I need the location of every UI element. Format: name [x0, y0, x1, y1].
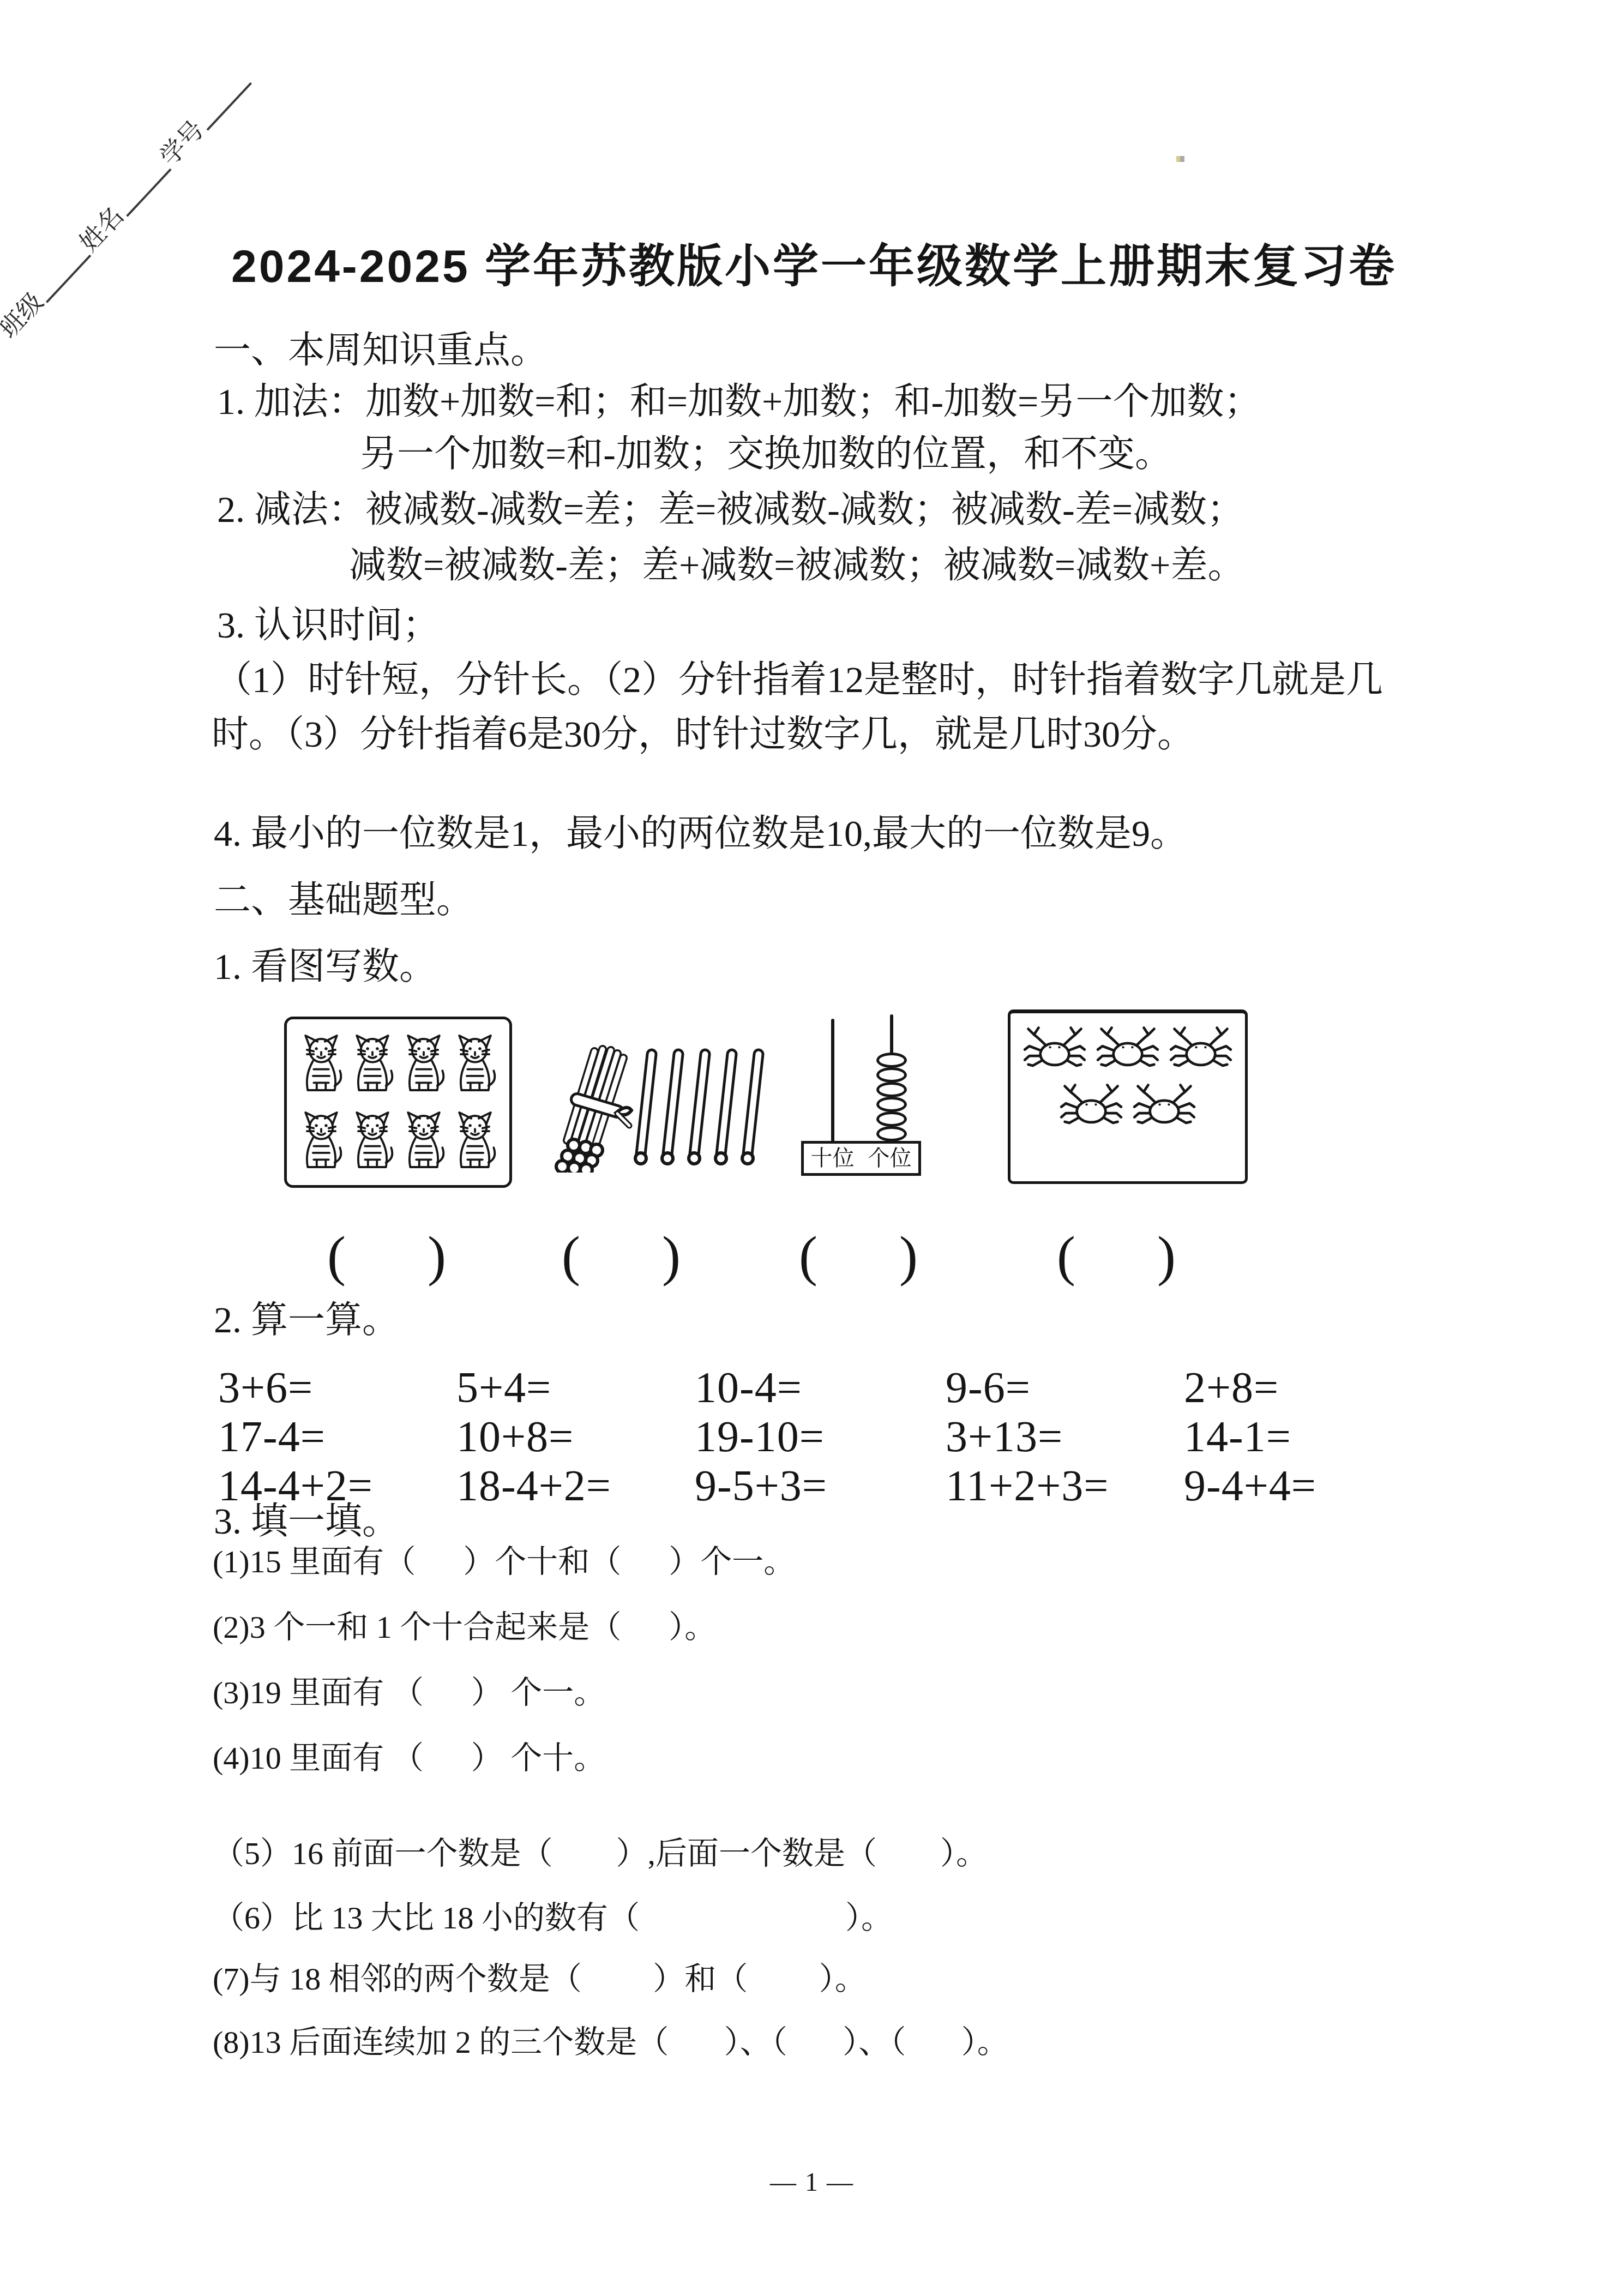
abacus-bead [876, 1126, 907, 1141]
fill-item: (7)与 18 相邻的两个数是（ ）和（ ）。 [213, 1963, 867, 1995]
knowledge-line: 3. 认识时间； [217, 606, 440, 644]
crab-icon [1022, 1023, 1087, 1076]
page-title: 2024-2025 学年苏教版小学一年级数学上册期末复习卷 [231, 243, 1397, 289]
sticks-picture [551, 1035, 763, 1180]
knowledge-line: 4. 最小的一位数是1，最小的两位数是10,最大的一位数是9。 [214, 815, 1187, 852]
equation: 9-4+4= [1184, 1464, 1591, 1508]
name-label: 姓名 [76, 202, 128, 256]
cat-icon [451, 1109, 499, 1173]
knowledge-line: 时。（3）分针指着6是30分，时针过数字几，就是几时30分。 [212, 716, 1194, 753]
equation: 19-10= [695, 1415, 946, 1459]
answer-blank: () [799, 1223, 918, 1290]
question1-label: 1. 看图写数。 [214, 948, 436, 985]
cat-icon [297, 1032, 345, 1096]
abacus-base: 十位 个位 [801, 1141, 921, 1176]
name-blank-line [124, 167, 171, 217]
stick-icon [634, 1047, 658, 1171]
abacus-bead [876, 1053, 907, 1068]
tens-place-label: 十位 [804, 1147, 861, 1169]
abacus-picture: 十位 个位 [793, 1011, 931, 1194]
equation: 2+8= [1184, 1366, 1591, 1410]
cat-icon [348, 1032, 396, 1096]
answer-blank: () [327, 1223, 446, 1290]
question2-label: 2. 算一算。 [214, 1301, 399, 1338]
cats-picture-box [284, 1017, 512, 1188]
cat-icon [297, 1109, 345, 1173]
crab-icon [1132, 1080, 1196, 1133]
equation: 9-6= [946, 1366, 1184, 1410]
page-number: — 1 — [0, 2169, 1624, 2196]
fill-item: (4)10 里面有 （ ） 个十。 [213, 1742, 605, 1774]
class-label: 班级 [0, 288, 48, 342]
fill-item: （6）比 13 大比 18 小的数有（ ）。 [213, 1902, 893, 1934]
cat-icon [400, 1032, 448, 1096]
class-blank-line [44, 253, 91, 303]
equation: 5+4= [456, 1366, 695, 1410]
fill-item: （5）16 前面一个数是（ ）,后面一个数是（ ）。 [213, 1838, 988, 1870]
student-id-label: 学号 [156, 116, 208, 170]
cat-icon [451, 1032, 499, 1096]
student-info-fields: 班级姓名学号 [0, 57, 259, 342]
fill-item: (3)19 里面有 （ ） 个一。 [213, 1677, 605, 1709]
equation: 14-1= [1184, 1415, 1591, 1459]
stick-icon [687, 1047, 711, 1171]
crabs-picture-box [1008, 1009, 1248, 1184]
stick-icon [714, 1047, 738, 1171]
answer-blank: () [562, 1223, 681, 1290]
equation: 10-4= [695, 1366, 946, 1410]
equation: 3+6= [218, 1366, 456, 1410]
student-id-blank-line [205, 81, 252, 131]
abacus-bead [876, 1067, 907, 1083]
equation: 10+8= [456, 1415, 695, 1459]
scan-artifact-mark [1176, 156, 1184, 162]
fill-item: (8)13 后面连续加 2 的三个数是（ ）、（ ）、（ ）。 [213, 2027, 1009, 2058]
stick-icon [741, 1047, 765, 1171]
equation: 9-5+3= [695, 1464, 946, 1508]
equation-row: 17-4= 10+8= 19-10= 3+13= 14-1= [218, 1415, 1591, 1459]
abacus-bead [876, 1082, 907, 1097]
stick-bundle-icon [551, 1035, 643, 1173]
crab-icon [1096, 1023, 1160, 1076]
abacus-bead [876, 1111, 907, 1127]
stick-icon [660, 1047, 684, 1171]
loose-sticks-group [634, 1047, 765, 1171]
cat-icon [348, 1109, 396, 1173]
abacus-tens-rod [831, 1019, 834, 1142]
answer-blank: () [1057, 1223, 1176, 1290]
fill-item: (1)15 里面有（ ）个十和（ ）个一。 [213, 1546, 795, 1578]
cat-icon [400, 1109, 448, 1173]
equation: 11+2+3= [946, 1464, 1184, 1508]
knowledge-line: 2. 减法：被减数-减数=差；差=被减数-减数；被减数-差=减数； [217, 491, 1244, 528]
question3-label: 3. 填一填。 [214, 1502, 399, 1540]
knowledge-line: （1）时针短，分针长。（2）分针指着12是整时，时针指着数字几就是几 [215, 661, 1383, 698]
crab-icon [1059, 1080, 1123, 1133]
abacus-bead [876, 1097, 907, 1112]
equation-row: 14-4+2= 18-4+2= 9-5+3= 11+2+3= 9-4+4= [218, 1464, 1591, 1508]
crab-icon [1169, 1023, 1233, 1076]
ones-place-label: 个位 [861, 1147, 918, 1169]
fill-item: (2)3 个一和 1 个十合起来是（ ）。 [213, 1612, 716, 1643]
equation-row: 3+6= 5+4= 10-4= 9-6= 2+8= [218, 1366, 1591, 1410]
equation: 18-4+2= [456, 1464, 695, 1508]
equation: 3+13= [946, 1415, 1184, 1459]
scanned-worksheet: { "page": { "title": "2024-2025 学年苏教版小学一… [0, 0, 1624, 2296]
knowledge-line: 1. 加法：加数+加数=和；和=加数+加数；和-加数=另一个加数； [217, 383, 1261, 420]
equation: 17-4= [218, 1415, 456, 1459]
section-two-heading: 二、基础题型。 [214, 881, 473, 918]
section-one-heading: 一、本周知识重点。 [214, 332, 548, 369]
knowledge-line: 减数=被减数-差；差+减数=被减数；被减数=减数+差。 [349, 546, 1244, 584]
knowledge-line: 另一个加数=和-加数；交换加数的位置，和不变。 [360, 435, 1172, 472]
